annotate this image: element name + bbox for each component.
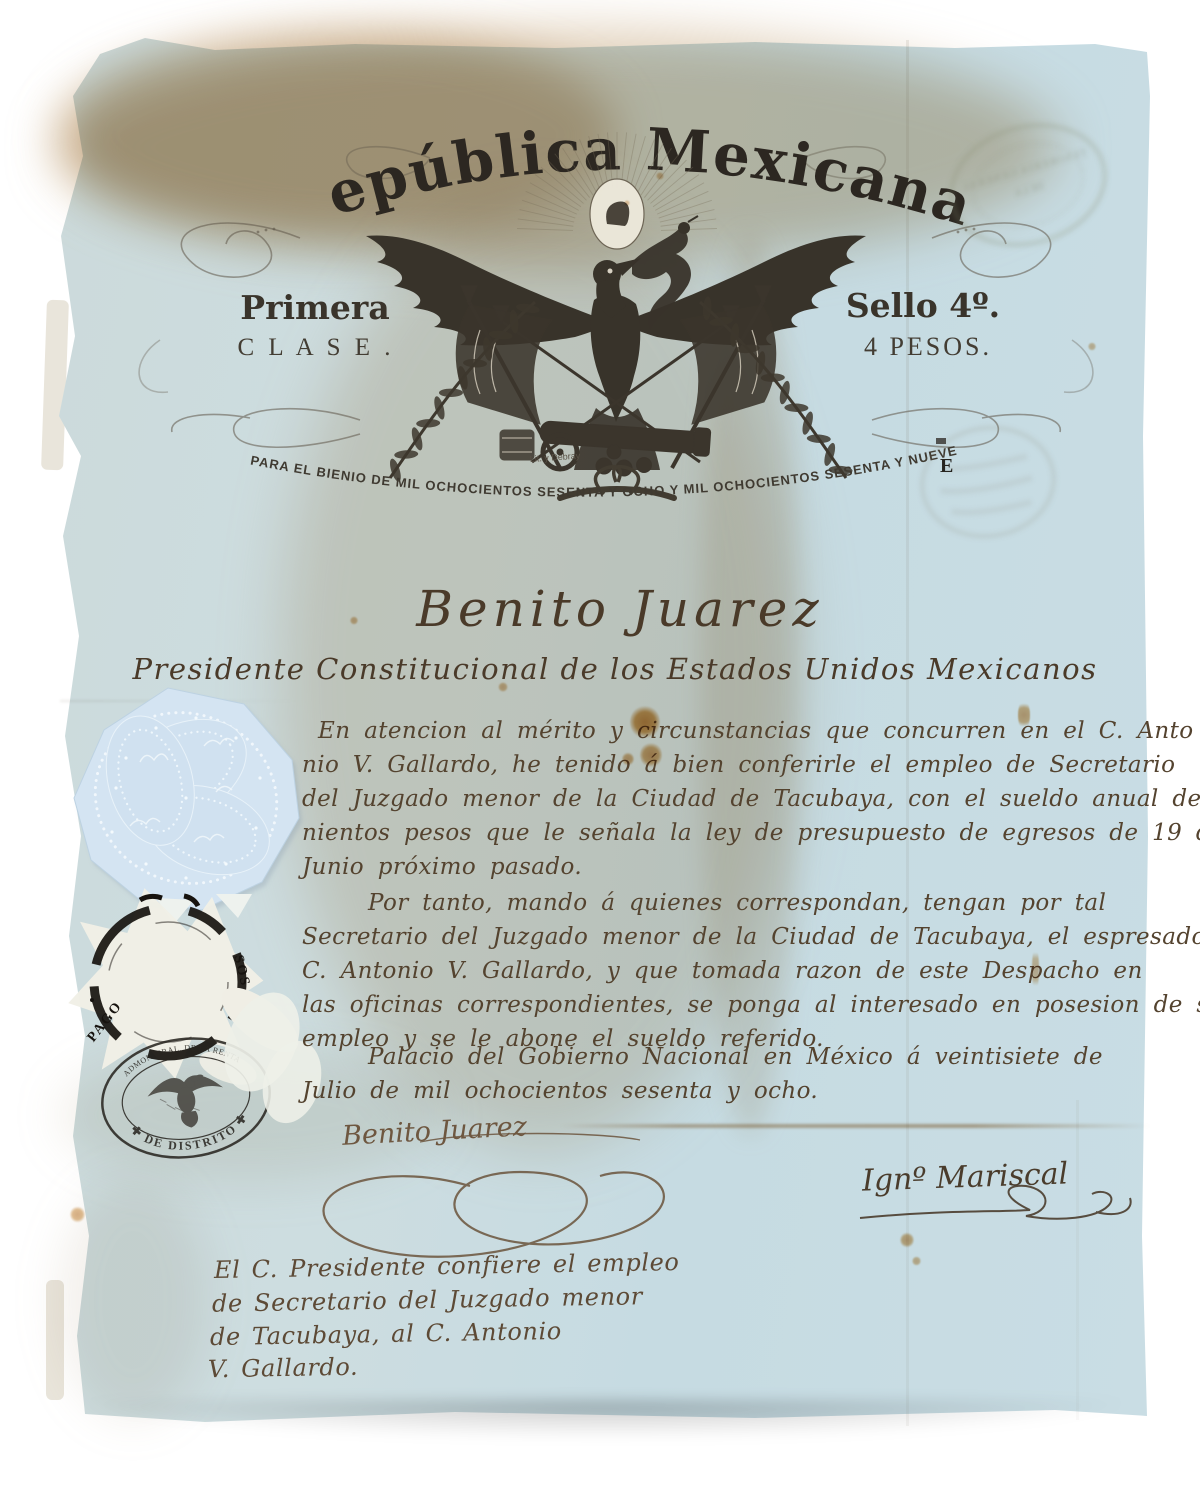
backing-sheet-edge — [46, 1280, 64, 1400]
scanned-document-page: República Mexicana. — [0, 0, 1200, 1487]
seal-fee-line2: 4 PESOS. — [838, 332, 1018, 362]
president-name-heading: Benito Juarez — [340, 580, 900, 638]
vertical-fold-crease — [1076, 1100, 1079, 1420]
body-line: del Juzgado menor de la Ciudad de Tacuba… — [302, 786, 1200, 812]
body-line: las oficinas correspondientes, se ponga … — [302, 992, 1200, 1018]
body-line: En atencion al mérito y circunstancias q… — [318, 718, 1193, 744]
body-line: Palacio del Gobierno Nacional en México … — [368, 1044, 1103, 1070]
body-line: Por tanto, mando á quienes correspondan,… — [368, 890, 1106, 916]
seal-fee-line1: Sello 4º. — [838, 286, 1008, 325]
rust-spot — [70, 1206, 85, 1223]
body-line: Junio próximo pasado. — [302, 854, 582, 880]
body-line: Secretario del Juzgado menor de la Ciuda… — [302, 924, 1200, 950]
paper-shadow — [70, 1400, 1140, 1440]
body-line: nio V. Gallardo, he tenido á bien confer… — [302, 752, 1175, 778]
backing-sheet-edge — [41, 300, 69, 471]
president-title-heading: Presidente Constitucional de los Estados… — [105, 652, 1125, 686]
class-label-line2: C L A S E . — [236, 334, 396, 362]
body-line: C. Antonio V. Gallardo, y que tomada raz… — [302, 958, 1143, 984]
horizontal-fold-stain — [560, 1124, 1150, 1128]
countersignature: Ignº Mariscal — [861, 1156, 1068, 1198]
class-label-line1: Primera — [240, 288, 390, 327]
horizontal-crease — [60, 700, 300, 702]
body-line: Julio de mil ochocientos sesenta y ocho. — [302, 1078, 818, 1104]
body-line: nientos pesos que le señala la ley de pr… — [302, 820, 1200, 846]
docket-line: V. Gallardo. — [208, 1353, 359, 1384]
